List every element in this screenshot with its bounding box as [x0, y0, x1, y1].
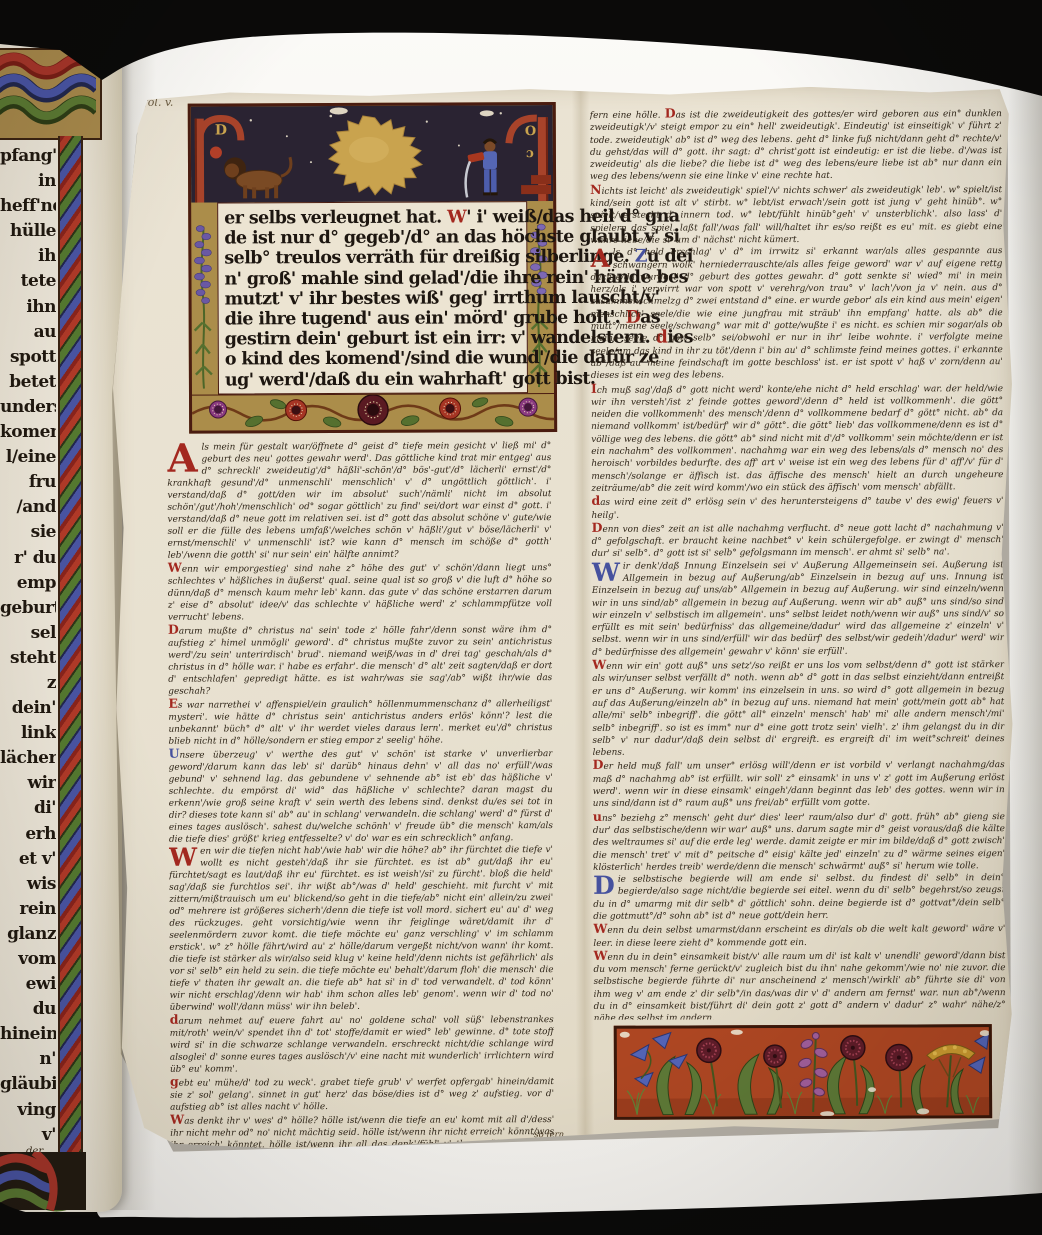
paragraph-initial: D [168, 622, 179, 637]
manuscript-paragraph: Die selbstische begierde will am ende si… [593, 872, 1005, 923]
drop-cap-initial: D [593, 874, 618, 896]
paragraph-initial: D [592, 520, 603, 535]
drop-cap-initial: W [592, 560, 623, 582]
panel-line: er selbs verleugnet hat. W' i' weiß/das … [224, 207, 522, 229]
paragraph-initial: g [170, 1074, 179, 1089]
right-page-text-column: fern eine hölle. Das ist die zweideutigk… [590, 106, 1006, 1020]
paragraph-text: arum nehmet auf euere fahrt au' no' gold… [170, 1015, 554, 1075]
manuscript-paragraph: Unsere überzeug' v' werthe des gut' v' s… [169, 746, 553, 846]
colored-initial: W [447, 207, 466, 227]
drop-cap-initial: W [169, 846, 200, 868]
page-fore-edge [1008, 86, 1042, 1226]
paragraph-text: ls mein für gestalt war/öffnete d° geist… [167, 441, 551, 561]
corner-letter-right-bottom: ɔ [526, 146, 534, 161]
illuminated-header: D [188, 102, 557, 434]
paragraph-text: ebt eu' mühe/d' tod zu weck'. grabet tie… [170, 1077, 554, 1113]
paragraph-text: s war narrethei v' affenspiel/ein grauli… [168, 699, 552, 747]
manuscript-paragraph: Nichts ist leicht' als zweideutigk' spie… [590, 182, 1002, 247]
paragraph-initial: W [592, 657, 606, 672]
paragraph-initial: u [593, 808, 602, 823]
night-sky-scene: D [191, 105, 553, 203]
paragraph-initial: W [168, 560, 182, 575]
paragraph-text: enn du dein selbst umarmst/dann erschein… [593, 924, 1005, 948]
paragraph-text: ie selbstische begierde will am ende si'… [593, 873, 1005, 922]
manuscript-paragraph: das wird eine zeit d° erlösg sein v' des… [591, 493, 1003, 521]
wave-border-icon [0, 1152, 86, 1212]
paragraph-text: ns° beziehg z° mensch' geht dur' dies' l… [593, 812, 1005, 873]
panel-line: de ist nur d° gegeb'/d° an das höchste g… [224, 227, 522, 249]
paragraph-text: enn wir emporgestieg' sind nahe z° höhe … [168, 563, 552, 623]
header-miniature-icon: D [191, 105, 553, 203]
serpentine-border-bottom [0, 1152, 86, 1212]
manuscript-leaf: fol. v. [110, 84, 1018, 1163]
manuscript-paragraph: Als mein für gestalt war/öffnete d° geis… [167, 440, 552, 562]
paragraph-text: ichts ist leicht' als zweideutigk' spiel… [590, 185, 1002, 246]
panel-line: selb° treulos verräth für dreißig silber… [224, 248, 522, 270]
manuscript-paragraph: Wen wir die tiefen nicht hab'/wie hab' w… [169, 844, 554, 1014]
previous-page-text-fragments: pfang'/du in heff'nd hülle ih tete ihn a… [0, 144, 56, 1148]
border-left-lupine [191, 203, 219, 395]
manuscript-paragraph: fern eine hölle. Das ist die zweideutigk… [590, 106, 1002, 184]
paragraph-initial: E [168, 696, 178, 711]
lupine-flower-icon [191, 203, 215, 392]
red-disc-icon [210, 146, 222, 158]
paragraph-text: ir denk'/daß Innung Einzelsein sei v' Au… [592, 560, 1004, 658]
manuscript-paragraph: Als d° held erschlag' v' d° im irrwitz s… [590, 245, 1003, 382]
manuscript-paragraph: Denn von dies° zeit an ist alle nachahmg… [592, 520, 1004, 561]
panel-line: o kind des komend'/sind die wund'/die da… [225, 349, 523, 371]
paragraph-text: nsere überzeug' v' werthe des gut' v' sc… [169, 749, 553, 845]
paragraph-initial: D [593, 757, 604, 772]
manuscript-paragraph: Es war narrethei v' affenspiel/ein graul… [168, 696, 552, 748]
header-text-panel: er selbs verleugnet hat. W' i' weiß/das … [217, 201, 528, 394]
paragraph-text: ch muß sag'/daß d° gott nicht werd' kont… [591, 384, 1003, 494]
paragraph-text: as wird eine zeit d° erlösg sein v' des … [592, 496, 1004, 520]
lead-text: fern eine hölle. [590, 111, 665, 121]
paragraph-text: en wir die tiefen nicht hab'/wie hab' wi… [169, 845, 554, 1013]
manuscript-paragraph: uns° beziehg z° mensch' geht dur' dies' … [593, 809, 1005, 874]
paragraph-initial: W [593, 948, 607, 963]
paragraph-text: ls d° held erschlag' v' d° im irrwitz si… [590, 246, 1002, 381]
paragraph-text: enn von dies° zeit an ist alle nachahmg … [592, 523, 1004, 559]
paragraph-text: er held muß fall' um unser° erlösg will'… [593, 761, 1005, 810]
manuscript-paragraph: Wir denk'/daß Innung Einzelsein sei v' A… [592, 559, 1004, 659]
panel-line: mutzt' v' ihr bestes wiß' geg' irrthum l… [225, 288, 523, 310]
corner-letter-left: D [215, 122, 227, 138]
serpentine-border-top [0, 48, 102, 140]
paragraph-initial: W [170, 1112, 184, 1127]
panel-line: die ihre tugend' aus ein' mörd' grube ho… [225, 308, 523, 330]
panel-line: n' groß' mahle sind gelad'/die ihre rein… [224, 268, 522, 290]
previous-page-strip: pfang'/du in heff'nd hülle ih tete ihn a… [0, 40, 122, 1212]
panel-line: ug' werd'/daß du ein wahrhaft' gott bist… [225, 369, 523, 391]
panel-line: gestirn dein' geburt ist ein irr: v' wan… [225, 328, 523, 350]
manuscript-paragraph: Der held muß fall' um unser° erlösg will… [593, 758, 1005, 811]
drop-cap-initial: A [167, 442, 201, 476]
manuscript-paragraph: Darum mußte d° christus na' sein' tode z… [168, 622, 552, 698]
corner-letter-right-top: O [525, 124, 536, 139]
wave-border-icon [0, 50, 96, 134]
paragraph-text: arum mußte d° christus na' sein' tode z'… [168, 625, 552, 697]
flower-border-icon [192, 394, 554, 430]
left-page-text-column: Als mein für gestalt war/öffnete d° geis… [167, 440, 554, 1148]
manuscript-photo: pfang'/du in heff'nd hülle ih tete ihn a… [0, 0, 1042, 1235]
paragraph-initial: D [665, 106, 676, 120]
garden-band-icon [617, 1027, 989, 1117]
paragraph-text: enn wir ein' gott auß° uns setz'/so reiß… [592, 660, 1004, 758]
paragraph-initial: W [593, 921, 607, 936]
manuscript-paragraph: Wenn wir emporgestieg' sind nahe z° höhe… [168, 560, 552, 624]
border-bottom-flowers [192, 393, 554, 432]
manuscript-paragraph: Wenn du dein selbst umarmst/dann erschei… [593, 921, 1005, 949]
manuscript-paragraph: Ich muß sag'/daß d° gott nicht werd' kon… [591, 381, 1003, 495]
paragraph-initial: d [170, 1012, 179, 1027]
chevron-border [58, 136, 83, 1154]
paragraph-initial: U [169, 746, 180, 761]
drop-cap-initial: A [590, 247, 613, 269]
floral-band [614, 1024, 992, 1120]
manuscript-paragraph: Wenn du in dein° einsamkeit bist/v' alle… [593, 948, 1005, 1020]
manuscript-paragraph: gebt eu' mühe/d' tod zu weck'. grabet ti… [170, 1074, 554, 1114]
paragraph-initial: N [590, 182, 602, 197]
manuscript-paragraph: Wenn wir ein' gott auß° uns setz'/so rei… [592, 657, 1004, 759]
paragraph-initial: d [591, 493, 600, 508]
paragraph-text: enn du in dein° einsamkeit bist/v' alle … [593, 951, 1005, 1020]
manuscript-paragraph: darum nehmet auf euere fahrt au' no' gol… [170, 1012, 554, 1076]
